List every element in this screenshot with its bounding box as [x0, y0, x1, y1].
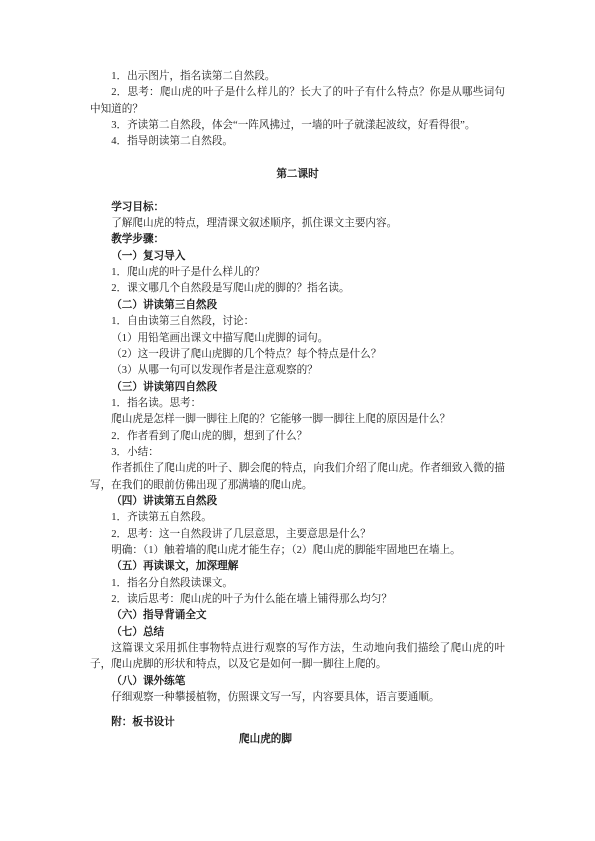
section-heading: （二）讲读第三自然段 [90, 298, 505, 314]
paragraph: 这篇课文采用抓住事物特点进行观察的写作方法，生动地向我们描绘了爬山虎的叶子，爬山… [90, 641, 505, 674]
paragraph: 了解爬山虎的特点，理清课文叙述顺序，抓住课文主要内容。 [90, 216, 505, 232]
list-item: 2．读后思考：爬山虎的叶子为什么能在墙上铺得那么均匀？ [90, 592, 505, 608]
list-item: 3．齐读第二自然段，体会“一阵风拂过，一墙的叶子就漾起波纹，好看得很”。 [90, 118, 505, 134]
list-item: 1．出示图片，指名读第二自然段。 [90, 69, 505, 85]
list-item: 4．指导朗读第二自然段。 [90, 134, 505, 150]
list-item: 1．齐读第五自然段。 [90, 510, 505, 526]
attachment-heading: 附：板书设计 [90, 715, 505, 731]
spacer [90, 706, 505, 715]
list-item: （3）从哪一句可以发现作者是注意观察的？ [90, 363, 505, 379]
section-heading: （四）讲读第五自然段 [90, 494, 505, 510]
spacer [90, 151, 505, 167]
lesson-title: 第二课时 [90, 167, 505, 183]
list-item: （1）用铅笔画出课文中描写爬山虎脚的词句。 [90, 331, 505, 347]
list-item: 2．作者看到了爬山虎的脚，想到了什么？ [90, 429, 505, 445]
list-item: 3．小结： [90, 445, 505, 461]
section-heading: （七）总结 [90, 625, 505, 641]
list-item: 2．思考：爬山虎的叶子是什么样儿的？长大了的叶子有什么特点？你是从哪些词句中知道… [90, 85, 505, 118]
section-heading: 教学步骤： [90, 232, 505, 248]
section-heading: （八）课外练笔 [90, 674, 505, 690]
list-item: 2．思考：这一自然段讲了几层意思，主要意思是什么？ [90, 527, 505, 543]
list-item: 1．自由读第三自然段，讨论： [90, 314, 505, 330]
paragraph: 爬山虎是怎样一脚一脚往上爬的？它能够一脚一脚往上爬的原因是什么？ [90, 412, 505, 428]
list-item: 2．课文哪几个自然段是写爬山虎的脚的？指名读。 [90, 281, 505, 297]
paragraph: 作者抓住了爬山虎的叶子、脚会爬的特点，向我们介绍了爬山虎。作者细致入微的描写，在… [90, 461, 505, 494]
list-item: 1．爬山虎的叶子是什么样儿的？ [90, 265, 505, 281]
paragraph: 仔细观察一种攀援植物，仿照课文写一写，内容要具体，语言要通顺。 [90, 690, 505, 706]
paragraph: 明确：（1）触着墙的爬山虎才能生存；（2）爬山虎的脚能牢固地巴在墙上。 [90, 543, 505, 559]
list-item: 1．指名读。思考： [90, 396, 505, 412]
section-heading: （五）再读课文，加深理解 [90, 559, 505, 575]
section-heading: （一）复习导入 [90, 249, 505, 265]
spacer [90, 183, 505, 199]
section-heading: （三）讲读第四自然段 [90, 380, 505, 396]
section-heading: （六）指导背诵全文 [90, 608, 505, 624]
list-item: （2）这一段讲了爬山虎脚的几个特点？每个特点是什么？ [90, 347, 505, 363]
section-heading: 学习目标： [90, 200, 505, 216]
document-page: 1．出示图片，指名读第二自然段。2．思考：爬山虎的叶子是什么样儿的？长大了的叶子… [0, 0, 595, 841]
list-item: 1．指名分自然段读课文。 [90, 576, 505, 592]
board-title: 爬山虎的脚 [90, 732, 441, 748]
